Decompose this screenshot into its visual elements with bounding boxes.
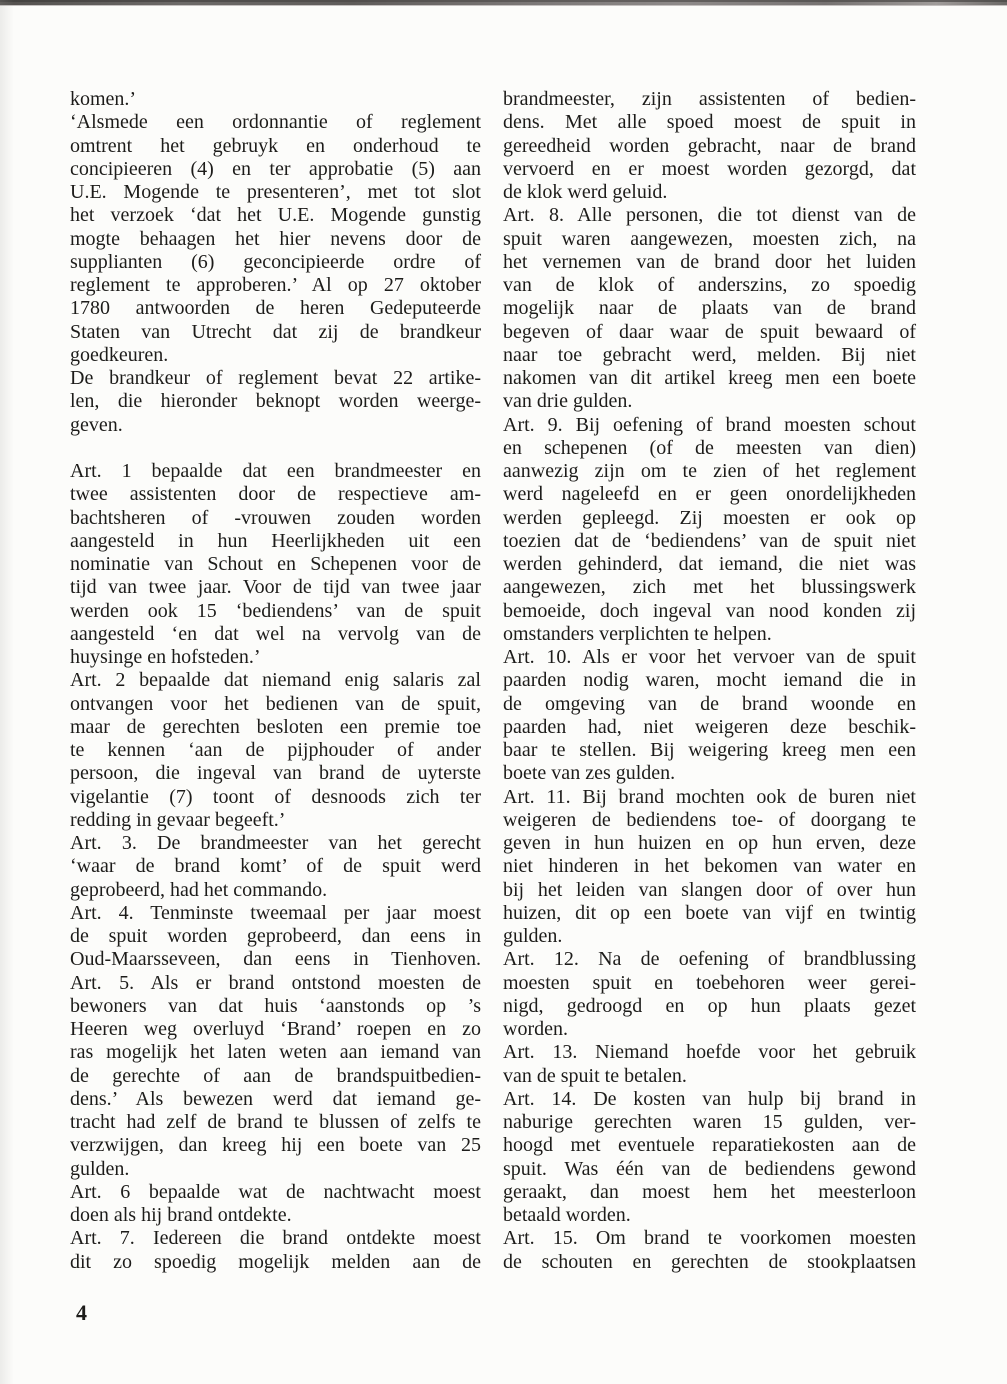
text-line: persoon, die ingeval van brand de uyters… [70,762,481,785]
text-line: omtrent het gebruyk en onderhoud te [70,135,481,158]
text-line: Art. 10. Als er voor het vervoer van de … [503,646,916,669]
text-line: aangewezen, zich met het blussingswerk [503,576,916,599]
text-line: ‘waar de brand komt’ of de spuit werd [70,855,481,878]
text-line: geven in hun huizen en op hun erven, dez… [503,832,916,855]
text-line: Art. 4. Tenminste tweemaal per jaar moes… [70,902,481,925]
blank-line [70,437,481,460]
text-line: aangesteld ‘en dat wel na vervolg van de [70,623,481,646]
text-line: bemoeide, doch ingeval van nood konden z… [503,600,916,623]
text-line: spuit. Was één van de bediendens gewond [503,1158,916,1181]
text-line: werden gepleegd. Zij moesten er ook op [503,507,916,530]
text-line: de klok werd geluid. [503,181,916,204]
text-line: vervoerd en er moest worden gezorgd, dat [503,158,916,181]
text-line: en schepenen (of de meesten van dien) [503,437,916,460]
text-line: Art. 2 bepaalde dat niemand enig salaris… [70,669,481,692]
text-line: goedkeuren. [70,344,481,367]
text-line: het vernemen van de brand door het luide… [503,251,916,274]
text-line: weigeren de bediendens toe- of doorgang … [503,809,916,832]
text-line: nigd, gedroogd en op hun plaats gezet [503,995,916,1018]
text-line: Art. 11. Bij brand mochten ook de buren … [503,786,916,809]
text-line: van drie gulden. [503,390,916,413]
scan-edge-artifact [0,0,1007,6]
text-line: worden. [503,1018,916,1041]
text-line: Art. 3. De brandmeester van het gerecht [70,832,481,855]
text-line: geraakt, dan moest hem het meesterloon [503,1181,916,1204]
text-line: naar toe gebracht werd, melden. Bij niet [503,344,916,367]
text-line: de omgeving van de brand woonde en [503,693,916,716]
text-line: komen.’ [70,88,481,111]
text-line: Art. 8. Alle personen, die tot dienst va… [503,204,916,227]
text-line: toezien dat de ‘bediendens’ van de spuit… [503,530,916,553]
text-line: werden gehinderd, dat iemand, die niet w… [503,553,916,576]
text-line: Art. 14. De kosten van hulp bij brand in [503,1088,916,1111]
text-line: doen als hij brand ontdekte. [70,1204,481,1227]
text-line: concipieeren (4) en ter approbatie (5) a… [70,158,481,181]
text-line: Art. 7. Iedereen die brand ontdekte moes… [70,1227,481,1250]
text-line: Heeren weg overluyd ‘Brand’ roepen en zo [70,1018,481,1041]
text-line: paarden had, niet weigeren deze beschik- [503,716,916,739]
text-line: Art. 15. Om brand te voorkomen moesten [503,1227,916,1250]
text-line: len, die hieronder beknopt worden weerge… [70,390,481,413]
text-line: reglement te approberen.’ Al op 27 oktob… [70,274,481,297]
text-line: Art. 13. Niemand hoefde voor het gebruik [503,1041,916,1064]
text-line: aanwezig zijn om te zien of het reglemen… [503,460,916,483]
text-line: de schouten en gerechten de stookplaatse… [503,1251,916,1274]
text-line: Art. 12. Na de oefening of brandblussing [503,948,916,971]
text-line: bewoners van dat huis ‘aanstonds op ’s [70,995,481,1018]
text-line: werd nageleefd en er geen onordelijkhede… [503,483,916,506]
left-column: komen.’‘Alsmede een ordonnantie of regle… [70,88,481,1274]
text-line: niet hinderen in het bekomen van water e… [503,855,916,878]
text-line: van de klok of anderszins, zo spoedig [503,274,916,297]
scan-edge-shading [0,0,14,1384]
text-line: ‘Alsmede een ordonnantie of reglement [70,111,481,134]
text-line: paarden nodig waren, mocht iemand die in [503,669,916,692]
text-line: Art. 5. Als er brand ontstond moesten de [70,972,481,995]
text-line: redding in gevaar begeeft.’ [70,809,481,832]
text-line: tijd van twee jaar. Voor de tijd van twe… [70,576,481,599]
text-line: Oud-Maarsseveen, dan eens in Tienhoven. [70,948,481,971]
text-line: 1780 antwoorden de heren Gedeputeerde [70,297,481,320]
text-line: De brandkeur of reglement bevat 22 artik… [70,367,481,390]
text-line: U.E. Mogende te presenteren’, met tot sl… [70,181,481,204]
text-line: de gerechte of aan de brandspuitbedien- [70,1065,481,1088]
text-line: vigelantie (7) toont of desnoods zich te… [70,786,481,809]
text-line: boete van zes gulden. [503,762,916,785]
text-line: supplianten (6) geconcipieerde ordre of [70,251,481,274]
text-line: te kennen ‘aan de pijphouder of ander [70,739,481,762]
right-column: brandmeester, zijn assistenten of bedien… [503,88,916,1274]
text-line: omstanders verplichten te helpen. [503,623,916,646]
text-line: de spuit worden geprobeerd, dan eens in [70,925,481,948]
text-line: huysinge en hofsteden.’ [70,646,481,669]
text-line: tracht had zelf de brand te blussen of z… [70,1111,481,1134]
text-line: aangesteld in hun Heerlijkheden uit een [70,530,481,553]
text-line: Staten van Utrecht dat zij de brandkeur [70,321,481,344]
text-line: mogte behaagen het hier nevens door de [70,228,481,251]
text-line: baar te stellen. Bij weigering kreeg men… [503,739,916,762]
page-number: 4 [76,1300,88,1326]
text-line: bij het leiden van slangen door of over … [503,879,916,902]
text-line: hoogd met eventuele reparatiekosten aan … [503,1134,916,1157]
text-line: spuit waren aangewezen, moesten zich, na [503,228,916,251]
text-line: ontvangen voor het bedienen van de spuit… [70,693,481,716]
text-line: dens.’ Als bewezen werd dat iemand ge- [70,1088,481,1111]
text-line: geprobeerd, had het commando. [70,879,481,902]
text-line: nakomen van dit artikel kreeg men een bo… [503,367,916,390]
text-line: Art. 9. Bij oefening of brand moesten sc… [503,414,916,437]
text-line: verzwijgen, dan kreeg hij een boete van … [70,1134,481,1157]
text-line: brandmeester, zijn assistenten of bedien… [503,88,916,111]
text-line: naburige gerechten waren 15 gulden, ver- [503,1111,916,1134]
text-line: maar de gerechten besloten een premie to… [70,716,481,739]
text-line: bachtsheren of -vrouwen zouden worden [70,507,481,530]
text-line: van de spuit te betalen. [503,1065,916,1088]
text-line: ras mogelijk het laten weten aan iemand … [70,1041,481,1064]
text-line: dens. Met alle spoed moest de spuit in [503,111,916,134]
text-line: dit zo spoedig mogelijk melden aan de [70,1251,481,1274]
text-line: Art. 1 bepaalde dat een brandmeester en [70,460,481,483]
text-line: moesten spuit en toebehoren weer gerei- [503,972,916,995]
text-line: gereedheid worden gebracht, naar de bran… [503,135,916,158]
text-line: het verzoek ‘dat het U.E. Mogende gunsti… [70,204,481,227]
text-line: geven. [70,414,481,437]
text-line: betaald worden. [503,1204,916,1227]
text-line: begeven of daar waar de spuit bewaard of [503,321,916,344]
text-line: huizen, dit op een boete van vijf en twi… [503,902,916,925]
text-line: werden ook 15 ‘bediendens’ van de spuit [70,600,481,623]
text-line: Art. 6 bepaalde wat de nachtwacht moest [70,1181,481,1204]
text-line: twee assistenten door de respectieve am- [70,483,481,506]
text-line: nominatie van Schout en Schepenen voor d… [70,553,481,576]
text-line: gulden. [503,925,916,948]
text-line: gulden. [70,1158,481,1181]
text-line: mogelijk naar de plaats van de brand [503,297,916,320]
